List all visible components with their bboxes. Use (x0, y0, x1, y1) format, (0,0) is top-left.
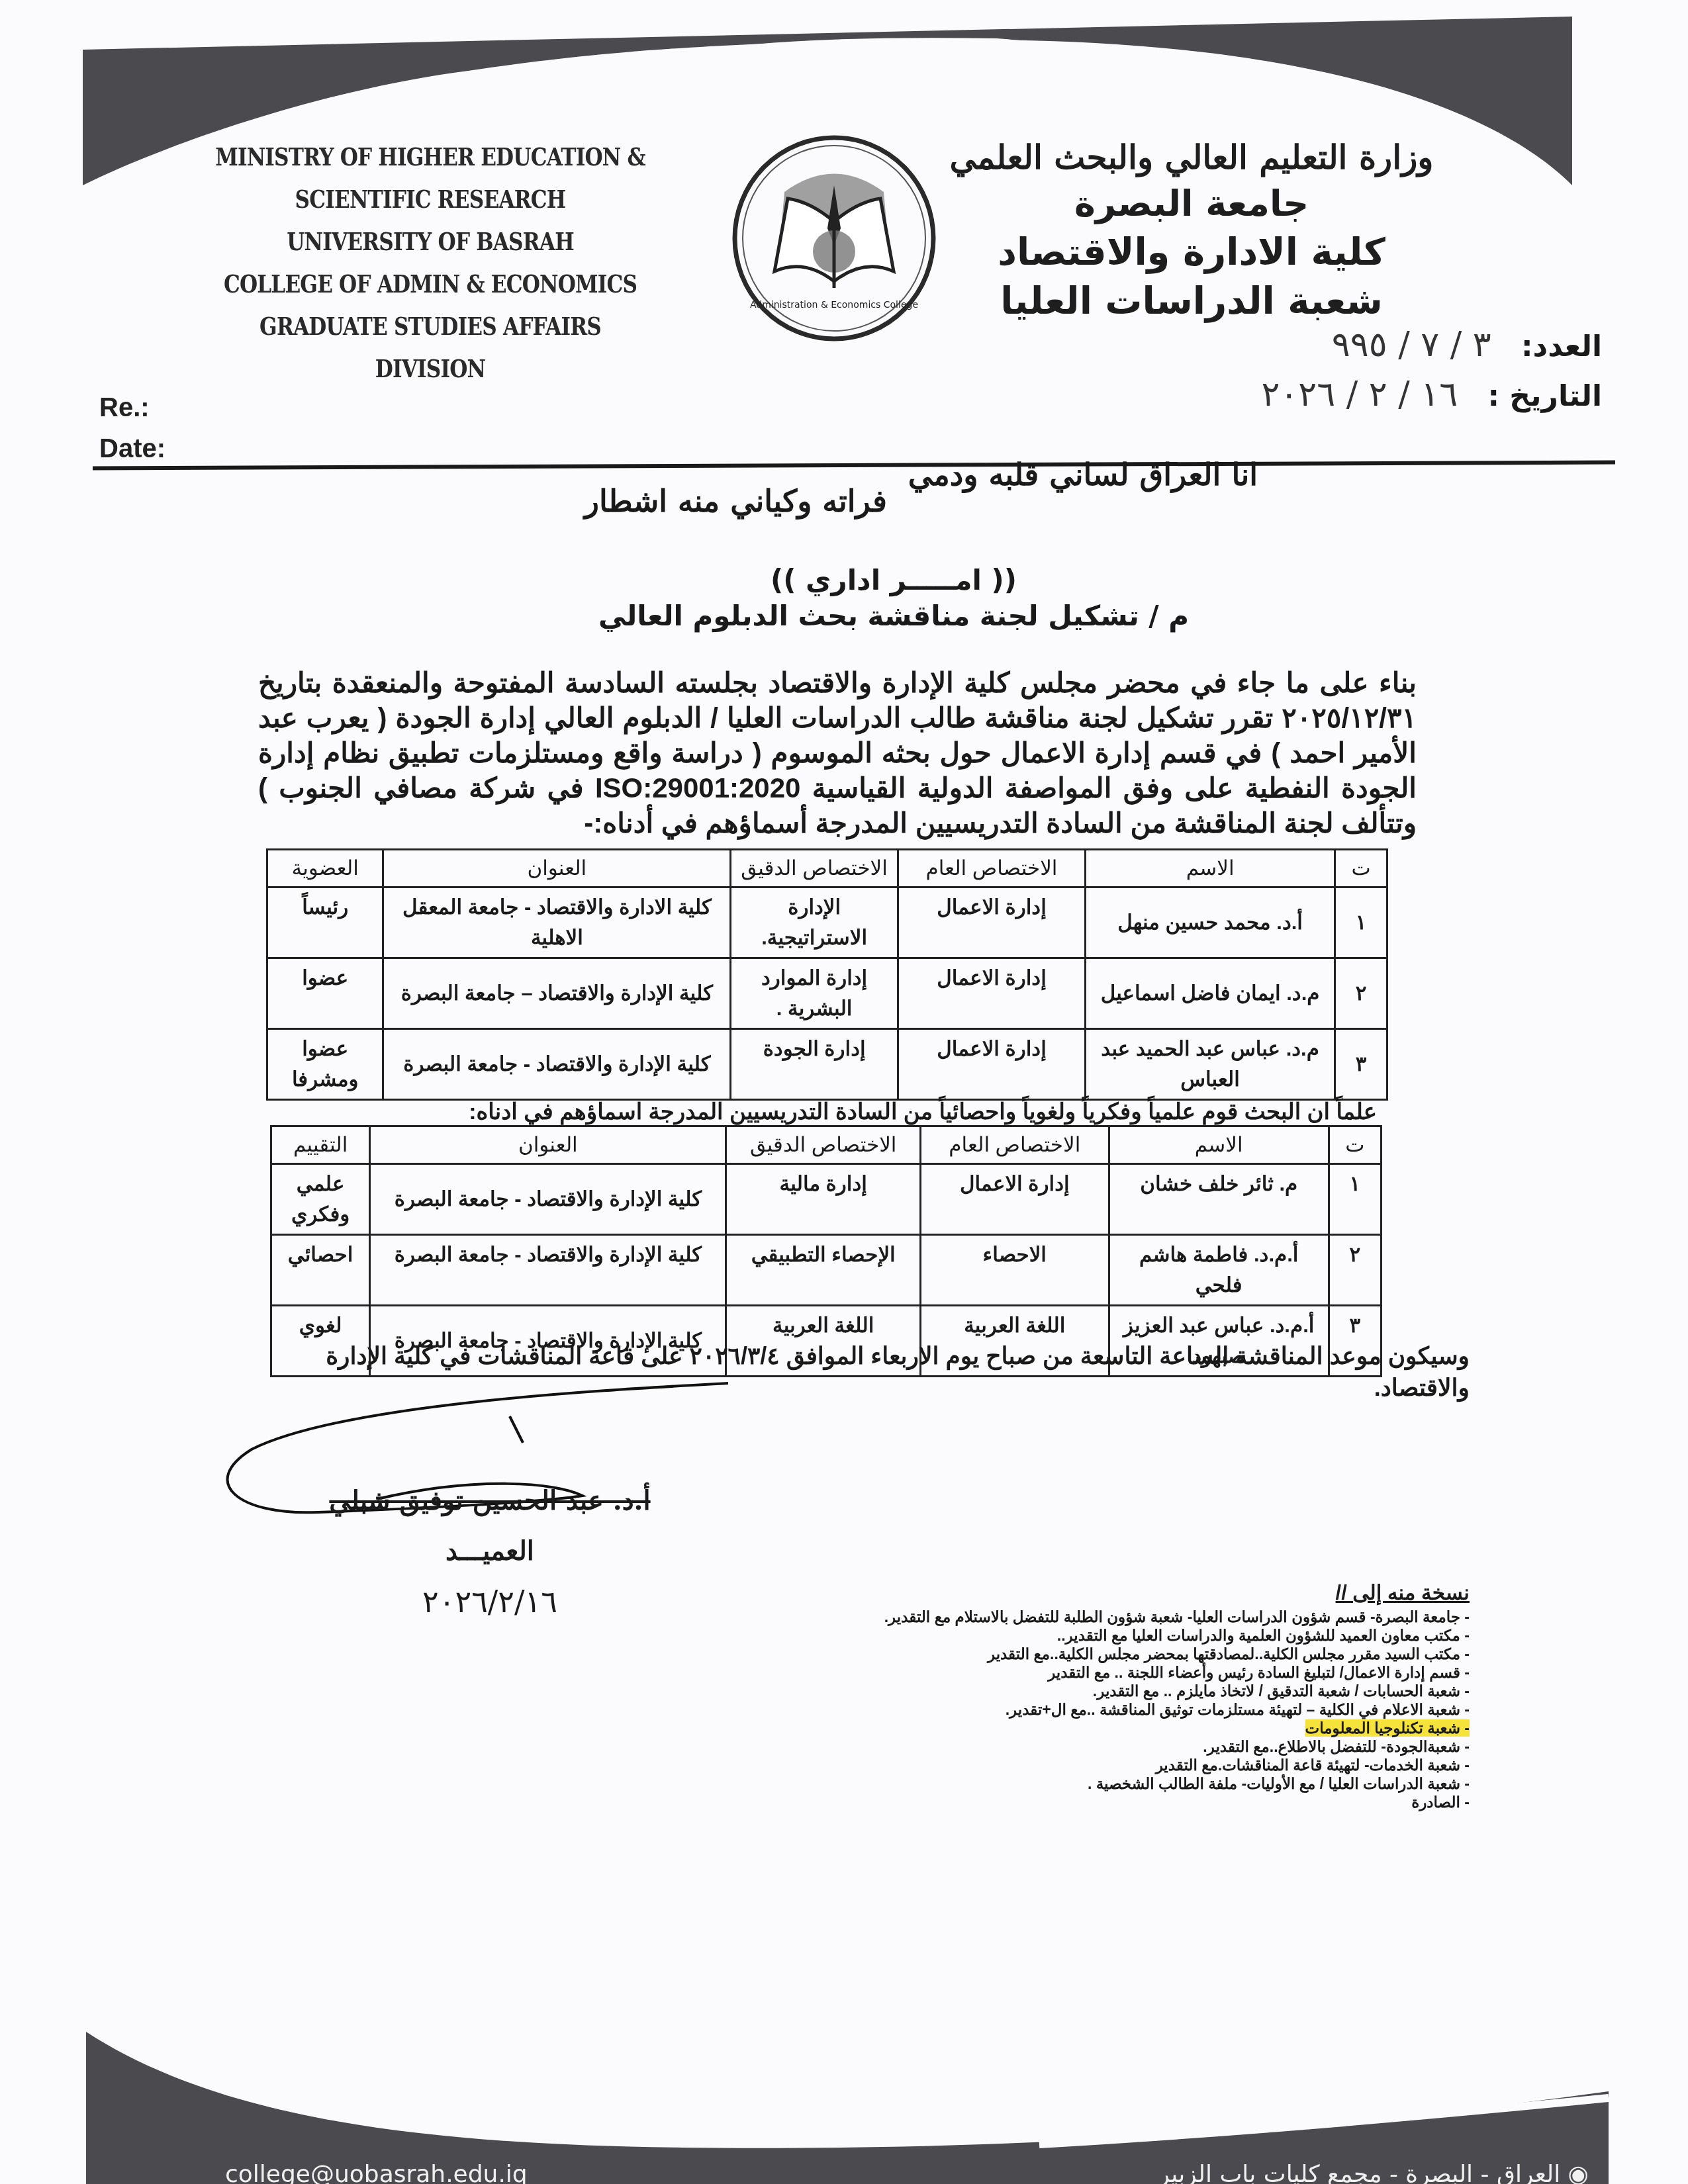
cell-no: ٣ (1335, 1029, 1387, 1100)
ar-line-division: شعبة الدراسات العليا (894, 277, 1489, 326)
signature-block: أ.د. عبد الحسين توفيق شبلي العميـــد ٢٠٢… (318, 1476, 662, 1627)
copy-item: - جامعة البصرة- قسم شؤون الدراسات العليا… (675, 1608, 1470, 1626)
ref-number-label: العدد: (1521, 330, 1602, 363)
cell-no: ٢ (1335, 958, 1387, 1029)
arabic-letterhead: وزارة التعليم العالي والبحث العلمي جامعة… (894, 136, 1489, 326)
cell-name: م. ثائر خلف خشان (1109, 1164, 1329, 1235)
cell-general: إدارة الاعمال (898, 887, 1085, 958)
ref-date-row: التاريخ : ١٦ / ٢ / ٢٠٢٦ (1261, 371, 1602, 420)
cell-no: ٢ (1329, 1235, 1381, 1306)
evaluators-header-row: ت الاسم الاختصاص العام الاختصاص الدقيق ا… (271, 1126, 1382, 1164)
ar-line-college: كلية الادارة والاقتصاد (894, 228, 1489, 277)
location-pin-icon: ◉ (1560, 2161, 1589, 2184)
copy-item: - الصادرة (675, 1793, 1470, 1811)
cell-address: كلية الإدارة والاقتصاد - جامعة البصرة (370, 1164, 726, 1235)
copy-item: - شعبة الاعلام في الكلية – لتهيئة مستلزم… (675, 1700, 1470, 1719)
copy-item: - شعبةالجودة- للتفضل بالاطلاع..مع التقدي… (675, 1737, 1470, 1756)
copies-distribution-list: نسخة منه إلى // - جامعة البصرة- قسم شؤون… (675, 1578, 1470, 1811)
cell-name: م.د. ايمان فاضل اسماعيل (1086, 958, 1335, 1029)
cell-evaluation: علمي وفكري (271, 1164, 370, 1235)
ar-line-ministry: وزارة التعليم العالي والبحث العلمي (894, 136, 1489, 179)
cell-address: كلية الادارة والاقتصاد - جامعة المعقل ال… (383, 887, 731, 958)
footer-address: ◉ العراق - البصرة - مجمع كليات باب الزبي… (1158, 2161, 1589, 2184)
ref-date-label: التاريخ : (1487, 379, 1602, 413)
ref-date-value: ١٦ / ٢ / ٢٠٢٦ (1261, 375, 1458, 414)
col-general: الاختصاص العام (898, 850, 1085, 887)
table-row: ٣ م.د. عباس عبد الحميد عبد العباس إدارة … (267, 1029, 1387, 1100)
col-evaluation: التقييم (271, 1126, 370, 1164)
cell-name: م.د. عباس عبد الحميد عبد العباس (1086, 1029, 1335, 1100)
cell-role: عضوا (267, 958, 383, 1029)
en-line-division: GRADUATE STUDIES AFFAIRS DIVISION (208, 305, 653, 390)
cell-specific: إدارة الجودة (731, 1029, 898, 1100)
ref-number-row: العدد: ٣ / ٧ / ٩٩٥ (1261, 321, 1602, 371)
col-name: الاسم (1109, 1126, 1329, 1164)
english-ref-block: Re.: Date: (99, 387, 165, 469)
copies-title: نسخة منه إلى // (675, 1578, 1470, 1608)
cell-address: كلية الإدارة والاقتصاد - جامعة البصرة (370, 1235, 726, 1306)
cell-address: كلية الإدارة والاقتصاد – جامعة البصرة (383, 958, 731, 1029)
col-address: العنوان (370, 1126, 726, 1164)
copy-item: - قسم إدارة الاعمال/ لتبليغ السادة رئيس … (675, 1663, 1470, 1682)
en-line-university: UNIVERSITY OF BASRAH (208, 220, 653, 263)
table-row: ١ م. ثائر خلف خشان إدارة الاعمال إدارة م… (271, 1164, 1382, 1235)
ar-line-university: جامعة البصرة (894, 179, 1489, 228)
committee-table: ت الاسم الاختصاص العام الاختصاص الدقيق ا… (266, 848, 1388, 1101)
reference-block: العدد: ٣ / ٧ / ٩٩٥ التاريخ : ١٦ / ٢ / ٢٠… (1261, 321, 1602, 420)
cell-no: ١ (1335, 887, 1387, 958)
cell-general: إدارة الاعمال (920, 1164, 1109, 1235)
cell-general: إدارة الاعمال (898, 1029, 1085, 1100)
copy-item: - شعبة الخدمات- لتهيئة قاعة المناقشات.مع… (675, 1756, 1470, 1774)
footer-decorative-band (86, 2025, 1609, 2184)
cell-role: عضوا ومشرفا (267, 1029, 383, 1100)
date-label-en: Date: (99, 428, 165, 469)
poem-first-half: انا العراق لساني قلبه ودمي (908, 457, 1258, 492)
highlighted-text: - شعبة تكنلوجيا المعلومات (1305, 1719, 1470, 1737)
re-label: Re.: (99, 387, 165, 428)
en-line-college: COLLEGE OF ADMIN & ECONOMICS (208, 263, 653, 305)
footer-address-text: العراق - البصرة - مجمع كليات باب الزبير (1158, 2161, 1560, 2184)
order-title: (( امـــــر اداري )) (530, 563, 1258, 598)
cell-specific: الإدارة الاستراتيجية. (731, 887, 898, 958)
cell-name: أ.م.د. فاطمة هاشم فلحي (1109, 1235, 1329, 1306)
poem-second-half: فراته وكياني منه اشطار (585, 483, 887, 519)
dean-name: أ.د. عبد الحسين توفيق شبلي (318, 1476, 662, 1526)
order-body-paragraph: بناء على ما جاء في محضر مجلس كلية الإدار… (258, 665, 1417, 841)
ref-number-value: ٣ / ٧ / ٩٩٥ (1332, 325, 1491, 365)
col-role: العضوية (267, 850, 383, 887)
copy-item: - مكتب السيد مقرر مجلس الكلية..لمصادقتها… (675, 1645, 1470, 1663)
document-page: MINISTRY OF HIGHER EDUCATION & SCIENTIFI… (0, 0, 1688, 2184)
table-row: ٢ أ.م.د. فاطمة هاشم فلحي الاحصاء الإحصاء… (271, 1235, 1382, 1306)
order-title-block: (( امـــــر اداري )) م / تشكيل لجنة مناق… (530, 563, 1258, 634)
col-address: العنوان (383, 850, 731, 887)
copy-item-highlighted: - شعبة تكنلوجيا المعلومات (675, 1719, 1470, 1737)
cell-address: كلية الإدارة والاقتصاد - جامعة البصرة (383, 1029, 731, 1100)
evaluators-table: ت الاسم الاختصاص العام الاختصاص الدقيق ا… (270, 1125, 1382, 1377)
dean-title: العميـــد (318, 1526, 662, 1576)
header-divider (93, 461, 1615, 471)
order-subject: م / تشكيل لجنة مناقشة بحث الدبلوم العالي (530, 598, 1258, 634)
footer-email[interactable]: college@uobasrah.edu.iq (225, 2161, 528, 2184)
english-letterhead: MINISTRY OF HIGHER EDUCATION & SCIENTIFI… (208, 136, 653, 390)
cell-evaluation: احصائي (271, 1235, 370, 1306)
cell-name: أ.د. محمد حسين منهل (1086, 887, 1335, 958)
cell-general: إدارة الاعمال (898, 958, 1085, 1029)
committee-header-row: ت الاسم الاختصاص العام الاختصاص الدقيق ا… (267, 850, 1387, 887)
cell-role: رئيساً (267, 887, 383, 958)
table-row: ١ أ.د. محمد حسين منهل إدارة الاعمال الإد… (267, 887, 1387, 958)
en-line-research: SCIENTIFIC RESEARCH (208, 178, 653, 220)
cell-specific: الإحصاء التطبيقي (726, 1235, 921, 1306)
copy-item: - مكتب معاون العميد للشؤون العلمية والدر… (675, 1626, 1470, 1645)
col-specific: الاختصاص الدقيق (731, 850, 898, 887)
col-general: الاختصاص العام (920, 1126, 1109, 1164)
copy-item: - شعبة الدراسات العليا / مع الأوليات- مل… (675, 1774, 1470, 1793)
signature-date: ٢٠٢٦/٢/١٦ (318, 1576, 662, 1627)
col-no: ت (1335, 850, 1387, 887)
cell-specific: إدارة مالية (726, 1164, 921, 1235)
col-specific: الاختصاص الدقيق (726, 1126, 921, 1164)
cell-specific: إدارة الموارد البشرية . (731, 958, 898, 1029)
cell-general: الاحصاء (920, 1235, 1109, 1306)
col-name: الاسم (1086, 850, 1335, 887)
table-row: ٢ م.د. ايمان فاضل اسماعيل إدارة الاعمال … (267, 958, 1387, 1029)
logo-english-text: Administration & Economics College (750, 300, 918, 310)
en-line-ministry: MINISTRY OF HIGHER EDUCATION & (208, 136, 653, 178)
cell-no: ١ (1329, 1164, 1381, 1235)
evaluation-note: علماً ان البحث قوم علمياً وفكرياً ولغويا… (278, 1099, 1377, 1125)
col-no: ت (1329, 1126, 1381, 1164)
copy-item: - شعبة الحسابات / شعبة التدقيق / لاتخاذ … (675, 1682, 1470, 1700)
